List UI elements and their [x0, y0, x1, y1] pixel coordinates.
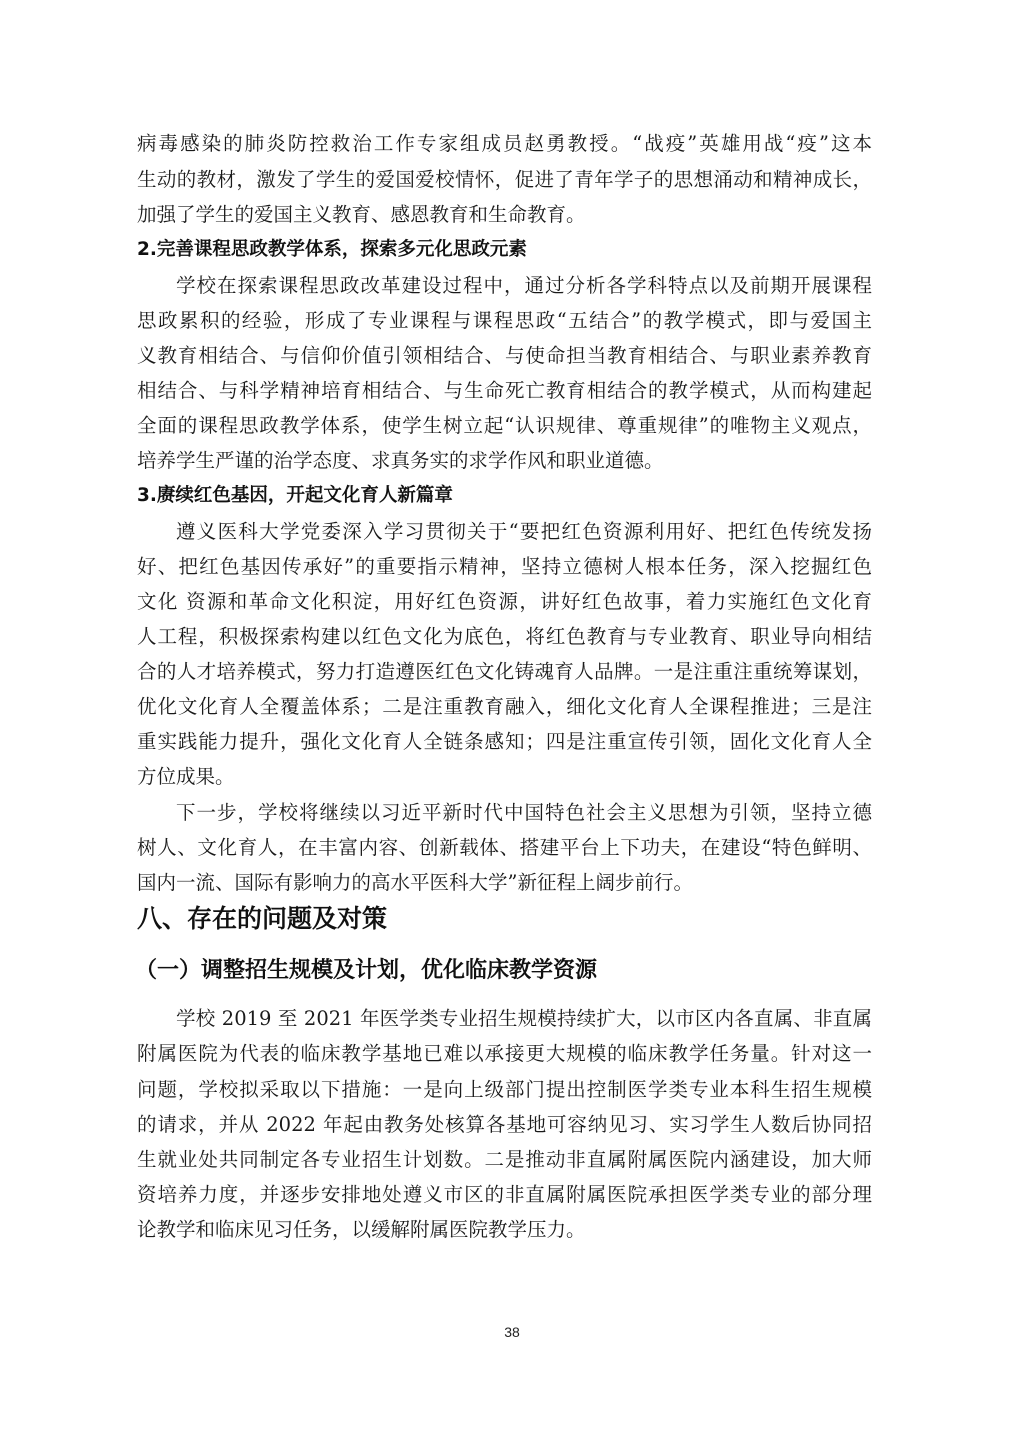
paragraph-line: 文化 资源和革命文化积淀，用好红色资源，讲好红色故事，着力实施红色文化育: [137, 589, 872, 615]
paragraph-line: 优化文化育人全覆盖体系；二是注重教育融入，细化文化育人全课程推进；三是注: [137, 694, 872, 720]
paragraph-line: 病毒感染的肺炎防控救治工作专家组成员赵勇教授。“战疫”英雄用战“疫”这本: [137, 131, 872, 157]
paragraph-line: 树人、文化育人，在丰富内容、创新载体、搭建平台上下功夫，在建设“特色鲜明、: [137, 835, 872, 861]
paragraph-line: 生就业处共同制定各专业招生计划数。二是推动非直属附属医院内涵建设，加大师: [137, 1147, 872, 1173]
section-heading: （一）调整招生规模及计划，优化临床教学资源: [135, 956, 597, 986]
paragraph-line: 义教育相结合、与信仰价值引领相结合、与使命担当教育相结合、与职业素养教育: [137, 343, 872, 369]
paragraph-line: 生动的教材，激发了学生的爱国爱校情怀，促进了青年学子的思想涌动和精神成长，: [137, 167, 872, 193]
paragraph-line: 好、把红色基因传承好”的重要指示精神，坚持立德树人根本任务，深入挖掘红色: [137, 554, 872, 580]
paragraph-line: 下一步，学校将继续以习近平新时代中国特色社会主义思想为引领，坚持立德: [176, 800, 872, 826]
section-subheading: 2.完善课程思政教学体系，探索多元化思政元素: [137, 237, 527, 263]
paragraph-line: 问题，学校拟采取以下措施：一是向上级部门提出控制医学类专业本科生招生规模: [137, 1077, 872, 1103]
paragraph-line: 学校在探索课程思政改革建设过程中，通过分析各学科特点以及前期开展课程: [176, 273, 872, 299]
paragraph-line: 思政累积的经验，形成了专业课程与课程思政“五结合”的教学模式，即与爱国主: [137, 308, 872, 334]
paragraph-line: 全面的课程思政教学体系，使学生树立起“认识规律、尊重规律”的唯物主义观点，: [137, 413, 872, 439]
paragraph-line: 加强了学生的爱国主义教育、感恩教育和生命教育。: [137, 202, 872, 228]
paragraph-line: 相结合、与科学精神培育相结合、与生命死亡教育相结合的教学模式，从而构建起: [137, 378, 872, 404]
paragraph-line: 遵义医科大学党委深入学习贯彻关于“要把红色资源利用好、把红色传统发扬: [176, 519, 872, 545]
page-number: 38: [0, 1324, 1024, 1340]
paragraph-line: 重实践能力提升，强化文化育人全链条感知；四是注重宣传引领，固化文化育人全: [137, 729, 872, 755]
paragraph-line: 人工程，积极探索构建以红色文化为底色，将红色教育与专业教育、职业导向相结: [137, 624, 872, 650]
document-page: 病毒感染的肺炎防控救治工作专家组成员赵勇教授。“战疫”英雄用战“疫”这本 生动的…: [0, 0, 1024, 1448]
paragraph-line: 论教学和临床见习任务，以缓解附属医院教学压力。: [137, 1217, 872, 1243]
paragraph-line: 合的人才培养模式，努力打造遵医红色文化铸魂育人品牌。一是注重注重统筹谋划，: [137, 659, 872, 685]
paragraph-line: 国内一流、国际有影响力的高水平医科大学”新征程上阔步前行。: [137, 870, 872, 896]
section-subheading: 3.赓续红色基因，开起文化育人新篇章: [137, 483, 453, 509]
paragraph-line: 学校 2019 至 2021 年医学类专业招生规模持续扩大，以市区内各直属、非直…: [176, 1006, 872, 1032]
paragraph-line: 资培养力度，并逐步安排地处遵义市区的非直属附属医院承担医学类专业的部分理: [137, 1182, 872, 1208]
paragraph-line: 培养学生严谨的治学态度、求真务实的求学作风和职业道德。: [137, 448, 872, 474]
chapter-heading: 八、存在的问题及对策: [137, 902, 387, 936]
paragraph-line: 附属医院为代表的临床教学基地已难以承接更大规模的临床教学任务量。针对这一: [137, 1041, 872, 1067]
paragraph-line: 方位成果。: [137, 764, 872, 790]
paragraph-line: 的请求，并从 2022 年起由教务处核算各基地可容纳见习、实习学生人数后协同招: [137, 1112, 872, 1138]
